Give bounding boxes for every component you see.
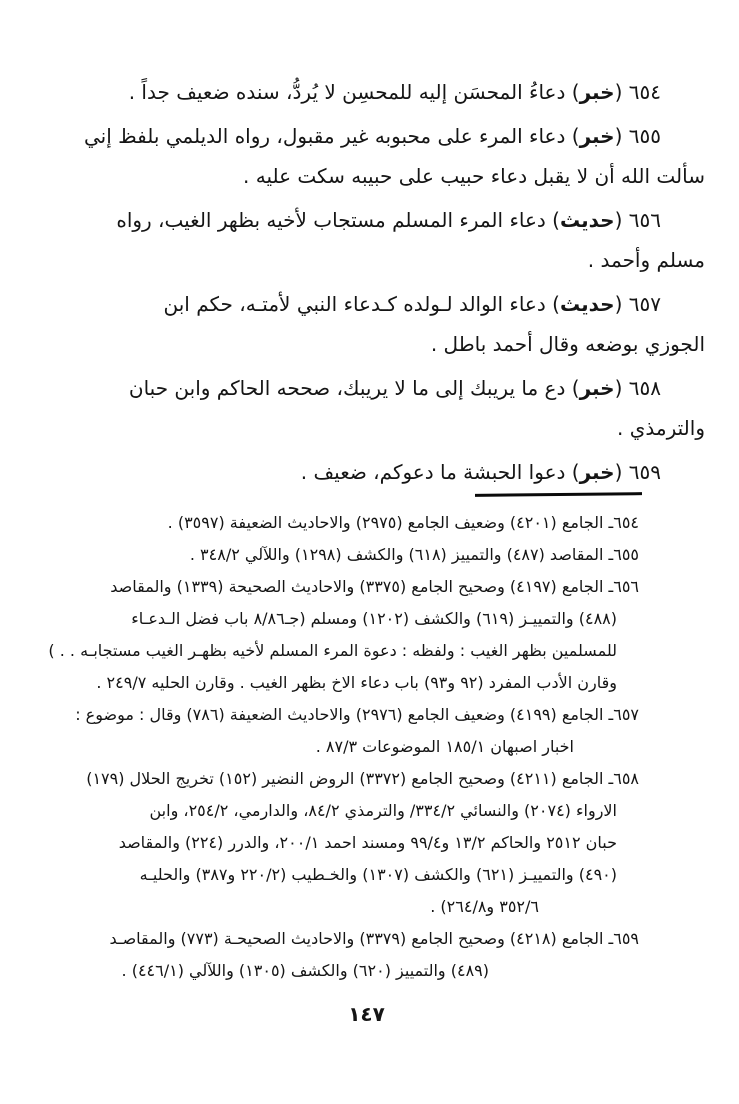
hadith-type-label: حديث [560,292,615,316]
hadith-entry: ٦٥٥ (خبر) دعاء المرء على محبوبه غير مقبو… [56,116,705,196]
hadith-number: ٦٥٧ ( [615,292,661,316]
hadith-entry-first-line: ٦٥٧ (حديث) دعاء الوالد لـولده كـدعاء الن… [56,284,705,324]
footnote-line: ٣٥٢/٦ و٢٦٤/٨) . [40,891,639,923]
hadith-entry-continuation-line: الجوزي بوضعه وقال أحمد باطل . [56,324,705,364]
footnote-line: وقارن الأدب المفرد (٩٢ و٩٣) باب دعاء الا… [40,667,639,699]
hadith-type-label: خبر [580,460,615,484]
hadith-number: ٦٥٤ ( [615,80,661,104]
hadith-text: ) دعاءُ المحسَن إليه للمحسِن لا يُردُّ، … [129,80,580,104]
footnote-line: ٦٥٤ـ الجامع (٤٢٠١) وضعيف الجامع (٢٩٧٥) و… [40,507,639,539]
footnote-line: حبان ٢٥١٢ والحاكم ١٣/٢ و٩٩/٤ ومسند احمد … [40,827,639,859]
hadith-type-label: خبر [580,80,615,104]
footnote-line: ٦٥٧ـ الجامع (٤١٩٩) وضعيف الجامع (٢٩٧٦) و… [40,699,639,731]
hadith-entries: ٦٥٤ (خبر) دعاءُ المحسَن إليه للمحسِن لا … [56,72,705,492]
footnotes-block: ٦٥٤ـ الجامع (٤٢٠١) وضعيف الجامع (٢٩٧٥) و… [40,507,639,987]
hadith-entry-continuation-line: سألت الله أن لا يقبل دعاء حبيب على حبيبه… [56,156,705,196]
hadith-number: ٦٥٥ ( [615,124,661,148]
hadith-text: ) دعاء المرء على محبوبه غير مقبول، رواه … [84,124,580,148]
hadith-entry-first-line: ٦٥٦ (حديث) دعاء المرء المسلم مستجاب لأخي… [56,200,705,240]
hadith-type-label: حديث [560,208,615,232]
footnote-line: للمسلمين بظهر الغيب : ولفظه : دعوة المرء… [40,635,639,667]
footnote-line: (٤٨٩) والتمييز (٦٢٠) والكشف (١٣٠٥) واللآ… [40,955,639,987]
footnote-line: ٦٥٩ـ الجامع (٤٢١٨) وصحيح الجامع (٣٣٧٩) و… [40,923,639,955]
hadith-entry: ٦٥٨ (خبر) دع ما يريبك إلى ما لا يريبك، ص… [56,368,705,448]
hadith-type-label: خبر [580,376,615,400]
footnote-line: الارواء (٢٠٧٤) والنسائي ٣٣٤/٢/ والترمذي … [40,795,639,827]
hadith-entry: ٦٥٧ (حديث) دعاء الوالد لـولده كـدعاء الن… [56,284,705,364]
hadith-text: ) دعاء الوالد لـولده كـدعاء النبي لأمتـه… [163,292,559,316]
hadith-entry: ٦٥٦ (حديث) دعاء المرء المسلم مستجاب لأخي… [56,200,705,280]
book-page: ٦٥٤ (خبر) دعاءُ المحسَن إليه للمحسِن لا … [0,0,739,1104]
hadith-entry: ٦٥٤ (خبر) دعاءُ المحسَن إليه للمحسِن لا … [56,72,705,112]
hadith-entry: ٦٥٩ (خبر) دعوا الحبشة ما دعوكم، ضعيف . [56,452,705,492]
footnote-line: ٦٥٨ـ الجامع (٤٢١١) وصحيح الجامع (٣٣٧٢) ا… [40,763,639,795]
footnote-line: ٦٥٦ـ الجامع (٤١٩٧) وصحيح الجامع (٣٣٧٥) و… [40,571,639,603]
hadith-entry-first-line: ٦٥٨ (خبر) دع ما يريبك إلى ما لا يريبك، ص… [56,368,705,408]
hadith-text: ) دع ما يريبك إلى ما لا يريبك، صححه الحا… [129,376,580,400]
footnote-line: (٤٨٨) والتمييـز (٦١٩) والكشف (١٢٠٢) ومسل… [40,603,639,635]
hadith-number: ٦٥٦ ( [615,208,661,232]
hadith-entry-continuation-line: والترمذي . [56,408,705,448]
page-number: ١٤٧ [0,1002,733,1026]
hadith-entry-first-line: ٦٥٩ (خبر) دعوا الحبشة ما دعوكم، ضعيف . [56,452,705,492]
hadith-entry-first-line: ٦٥٥ (خبر) دعاء المرء على محبوبه غير مقبو… [56,116,705,156]
footnote-separator [475,492,642,497]
hadith-number: ٦٥٨ ( [615,376,661,400]
hadith-text: ) دعوا الحبشة ما دعوكم، ضعيف . [301,460,580,484]
hadith-type-label: خبر [580,124,615,148]
main-text-block: ٦٥٤ (خبر) دعاءُ المحسَن إليه للمحسِن لا … [56,72,705,496]
hadith-text: ) دعاء المرء المسلم مستجاب لأخيه بظهر ال… [116,208,560,232]
footnote-line: اخبار اصبهان ١٨٥/١ الموضوعات ٨٧/٣ . [40,731,639,763]
hadith-number: ٦٥٩ ( [615,460,661,484]
footnote-line: ٦٥٥ـ المقاصد (٤٨٧) والتمييز (٦١٨) والكشف… [40,539,639,571]
hadith-entry-first-line: ٦٥٤ (خبر) دعاءُ المحسَن إليه للمحسِن لا … [56,72,705,112]
footnote-line: (٤٩٠) والتمييـز (٦٢١) والكشف (١٣٠٧) والخ… [40,859,639,891]
hadith-entry-continuation-line: مسلم وأحمد . [56,240,705,280]
